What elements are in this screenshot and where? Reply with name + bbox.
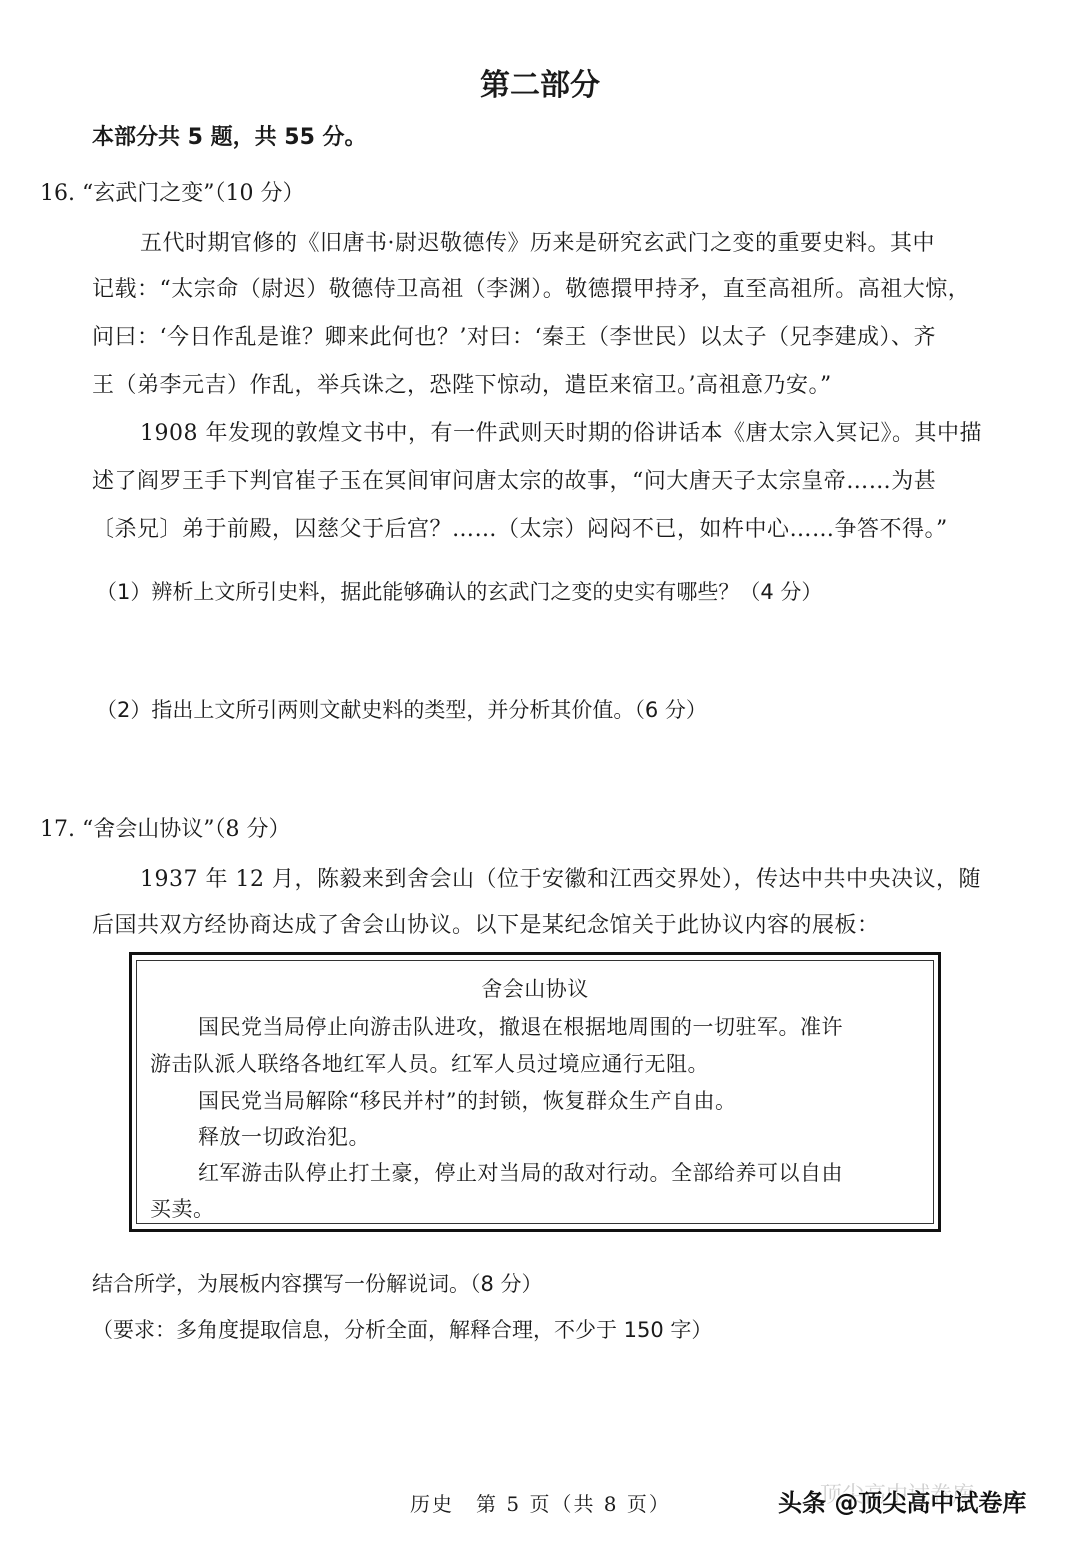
- q16-sub-question-1: （1）辨析上文所引史料，据此能够确认的玄武门之变的史实有哪些？（4 分）: [96, 576, 822, 606]
- exhibit-board-title: 舍会山协议: [132, 973, 938, 1003]
- q16-paragraph-1-line-1: 五代时期官修的《旧唐书·尉迟敬德传》历来是研究玄武门之变的重要史料。其中: [140, 226, 935, 257]
- part-intro: 本部分共 5 题，共 55 分。: [92, 120, 367, 151]
- q16-sub-question-2: （2）指出上文所引两则文献史料的类型，并分析其价值。（6 分）: [96, 694, 707, 724]
- page-footer: 历史 第 5 页（共 8 页）: [410, 1488, 671, 1517]
- exhibit-board-line-3: 国民党当局解除“移民并村”的封锁，恢复群众生产自由。: [198, 1085, 736, 1115]
- exhibit-board-line-1: 国民党当局停止向游击队进攻，撤退在根据地周围的一切驻军。准许: [198, 1011, 843, 1041]
- q17-requirement: （要求：多角度提取信息，分析全面，解释合理，不少于 150 字）: [92, 1314, 712, 1344]
- exhibit-board: 舍会山协议 国民党当局停止向游击队进攻，撤退在根据地周围的一切驻军。准许 游击队…: [129, 952, 941, 1232]
- q16-paragraph-2-line-1: 1908 年发现的敦煌文书中，有一件武则天时期的俗讲话本《唐太宗入冥记》。其中描: [140, 416, 982, 447]
- part-title: 第二部分: [0, 60, 1080, 104]
- q16-paragraph-1-line-2: 记载：“太宗命（尉迟）敬德侍卫高祖（李渊）。敬德擐甲持矛，直至高祖所。高祖大惊，: [92, 272, 970, 303]
- q16-paragraph-2-line-2: 述了阎罗王手下判官崔子玉在冥间审问唐太宗的故事，“问大唐天子太宗皇帝……为甚: [92, 464, 936, 495]
- exhibit-board-line-4: 释放一切政治犯。: [198, 1121, 370, 1151]
- q17-paragraph-line-1: 1937 年 12 月，陈毅来到舍会山（位于安徽和江西交界处），传达中共中央决议…: [140, 862, 981, 893]
- q17-task: 结合所学，为展板内容撰写一份解说词。（8 分）: [92, 1268, 543, 1298]
- exhibit-board-line-5: 红军游击队停止打土豪，停止对当局的敌对行动。全部给养可以自由: [198, 1157, 843, 1187]
- q17-paragraph-line-2: 后国共双方经协商达成了舍会山协议。以下是某纪念馆关于此协议内容的展板：: [92, 908, 880, 939]
- q16-paragraph-1-line-4: 王（弟李元吉）作乱，举兵诛之，恐陛下惊动，遣臣来宿卫。’高祖意乃安。”: [92, 368, 832, 399]
- question-17-header: 17. “舍会山协议”（8 分）: [40, 812, 290, 843]
- exhibit-board-line-6: 买卖。: [150, 1193, 215, 1223]
- exhibit-board-line-2: 游击队派人联络各地红军人员。红军人员过境应通行无阻。: [150, 1048, 709, 1078]
- question-16-header: 16. “玄武门之变”（10 分）: [40, 176, 304, 207]
- watermark: 头条 @顶尖高中试卷库: [778, 1483, 1026, 1518]
- q16-paragraph-2-line-3: 〔杀兄〕弟于前殿，囚慈父于后宫？……（太宗）闷闷不已，如杵中心……争答不得。”: [92, 512, 948, 543]
- q16-paragraph-1-line-3: 问曰：‘今日作乱是谁？卿来此何也？’对曰：‘秦王（李世民）以太子（兄李建成）、齐: [92, 320, 936, 351]
